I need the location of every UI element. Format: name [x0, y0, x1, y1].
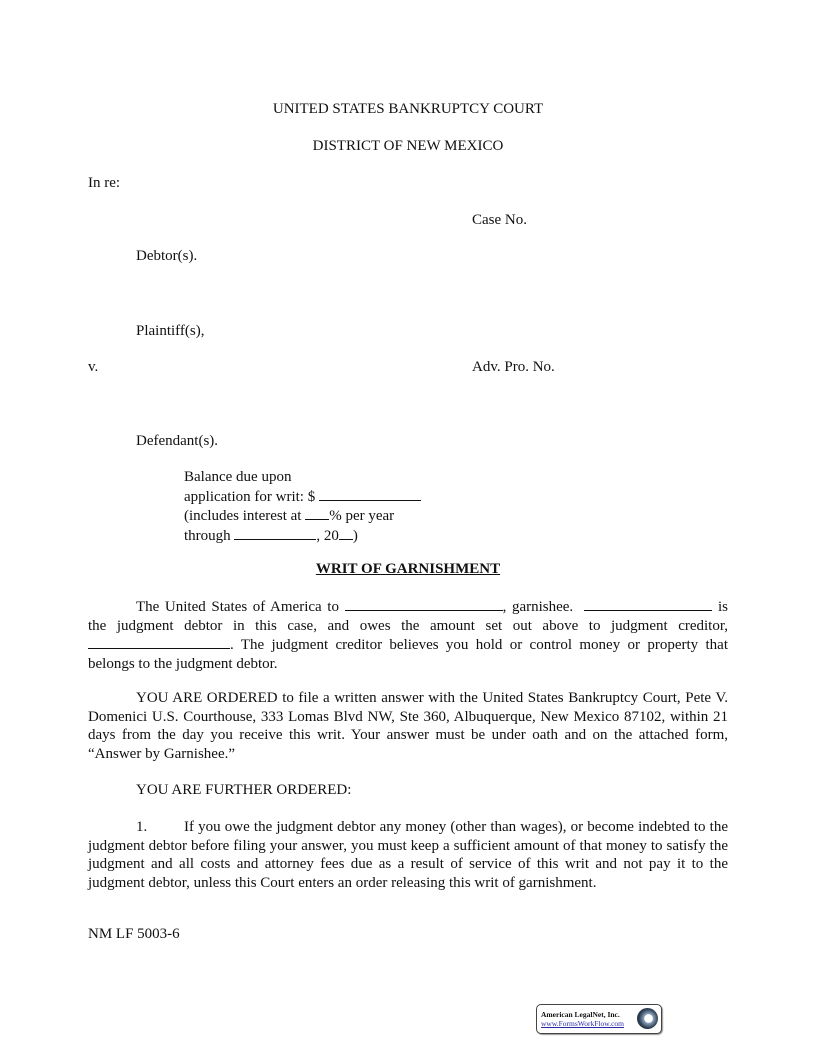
judgment-creditor-name-field[interactable]: [88, 635, 230, 649]
paragraph-ordered: YOU ARE ORDERED to file a written answer…: [88, 689, 728, 763]
balance-amount-field[interactable]: [319, 487, 421, 501]
paragraph-garnishee: The United States of America to , garnis…: [88, 597, 728, 673]
adv-pro-no-label: Adv. Pro. No.: [472, 358, 555, 376]
versus-label: v.: [88, 358, 98, 376]
defendants-label: Defendant(s).: [136, 432, 218, 450]
p1-garnishee: , garnishee.: [503, 599, 574, 615]
through-label: through: [184, 528, 231, 544]
court-name: UNITED STATES BANKRUPTCY COURT: [0, 100, 816, 118]
p3-text: YOU ARE FURTHER ORDERED:: [136, 782, 351, 798]
legalnet-badge[interactable]: American LegalNet, Inc. www.FormsWorkFlo…: [536, 1004, 662, 1034]
balance-line-2: application for writ: $: [184, 487, 421, 507]
paragraph-item-1: 1.If you owe the judgment debtor any mon…: [88, 818, 728, 892]
balance-due-block: Balance due upon application for writ: $…: [184, 468, 421, 545]
year-prefix: , 20: [316, 528, 339, 544]
item-1-number: 1.: [136, 818, 184, 837]
balance-line-1: Balance due upon: [184, 468, 421, 487]
in-re-label: In re:: [88, 174, 120, 192]
case-no-label: Case No.: [472, 211, 527, 229]
paragraph-further-ordered: YOU ARE FURTHER ORDERED:: [88, 781, 728, 800]
garnishee-name-field[interactable]: [345, 597, 503, 611]
closing-paren: ): [353, 528, 358, 544]
p2-text: YOU ARE ORDERED to file a written answer…: [88, 690, 728, 762]
balance-amount-label: application for writ: $: [184, 489, 315, 505]
form-id: NM LF 5003-6: [88, 925, 180, 943]
balance-line-4: through , 20): [184, 526, 421, 546]
item-1-text: If you owe the judgment debtor any money…: [88, 819, 728, 891]
district-name: DISTRICT OF NEW MEXICO: [0, 137, 816, 155]
document-title: WRIT OF GARNISHMENT: [0, 560, 816, 578]
judgment-debtor-name-field[interactable]: [584, 597, 712, 611]
interest-unit: % per year: [329, 508, 394, 524]
plaintiffs-label: Plaintiff(s),: [136, 322, 204, 340]
balance-line-3: (includes interest at % per year: [184, 506, 421, 526]
globe-logo-icon: [637, 1008, 658, 1029]
through-date-field[interactable]: [234, 526, 316, 540]
badge-company: American LegalNet, Inc.: [541, 1010, 620, 1019]
p1-intro: The United States of America to: [136, 599, 339, 615]
interest-label: (includes interest at: [184, 508, 301, 524]
badge-url-link[interactable]: www.FormsWorkFlow.com: [541, 1019, 624, 1028]
debtors-label: Debtor(s).: [136, 247, 197, 265]
interest-rate-field[interactable]: [305, 506, 329, 520]
year-field[interactable]: [339, 526, 353, 540]
